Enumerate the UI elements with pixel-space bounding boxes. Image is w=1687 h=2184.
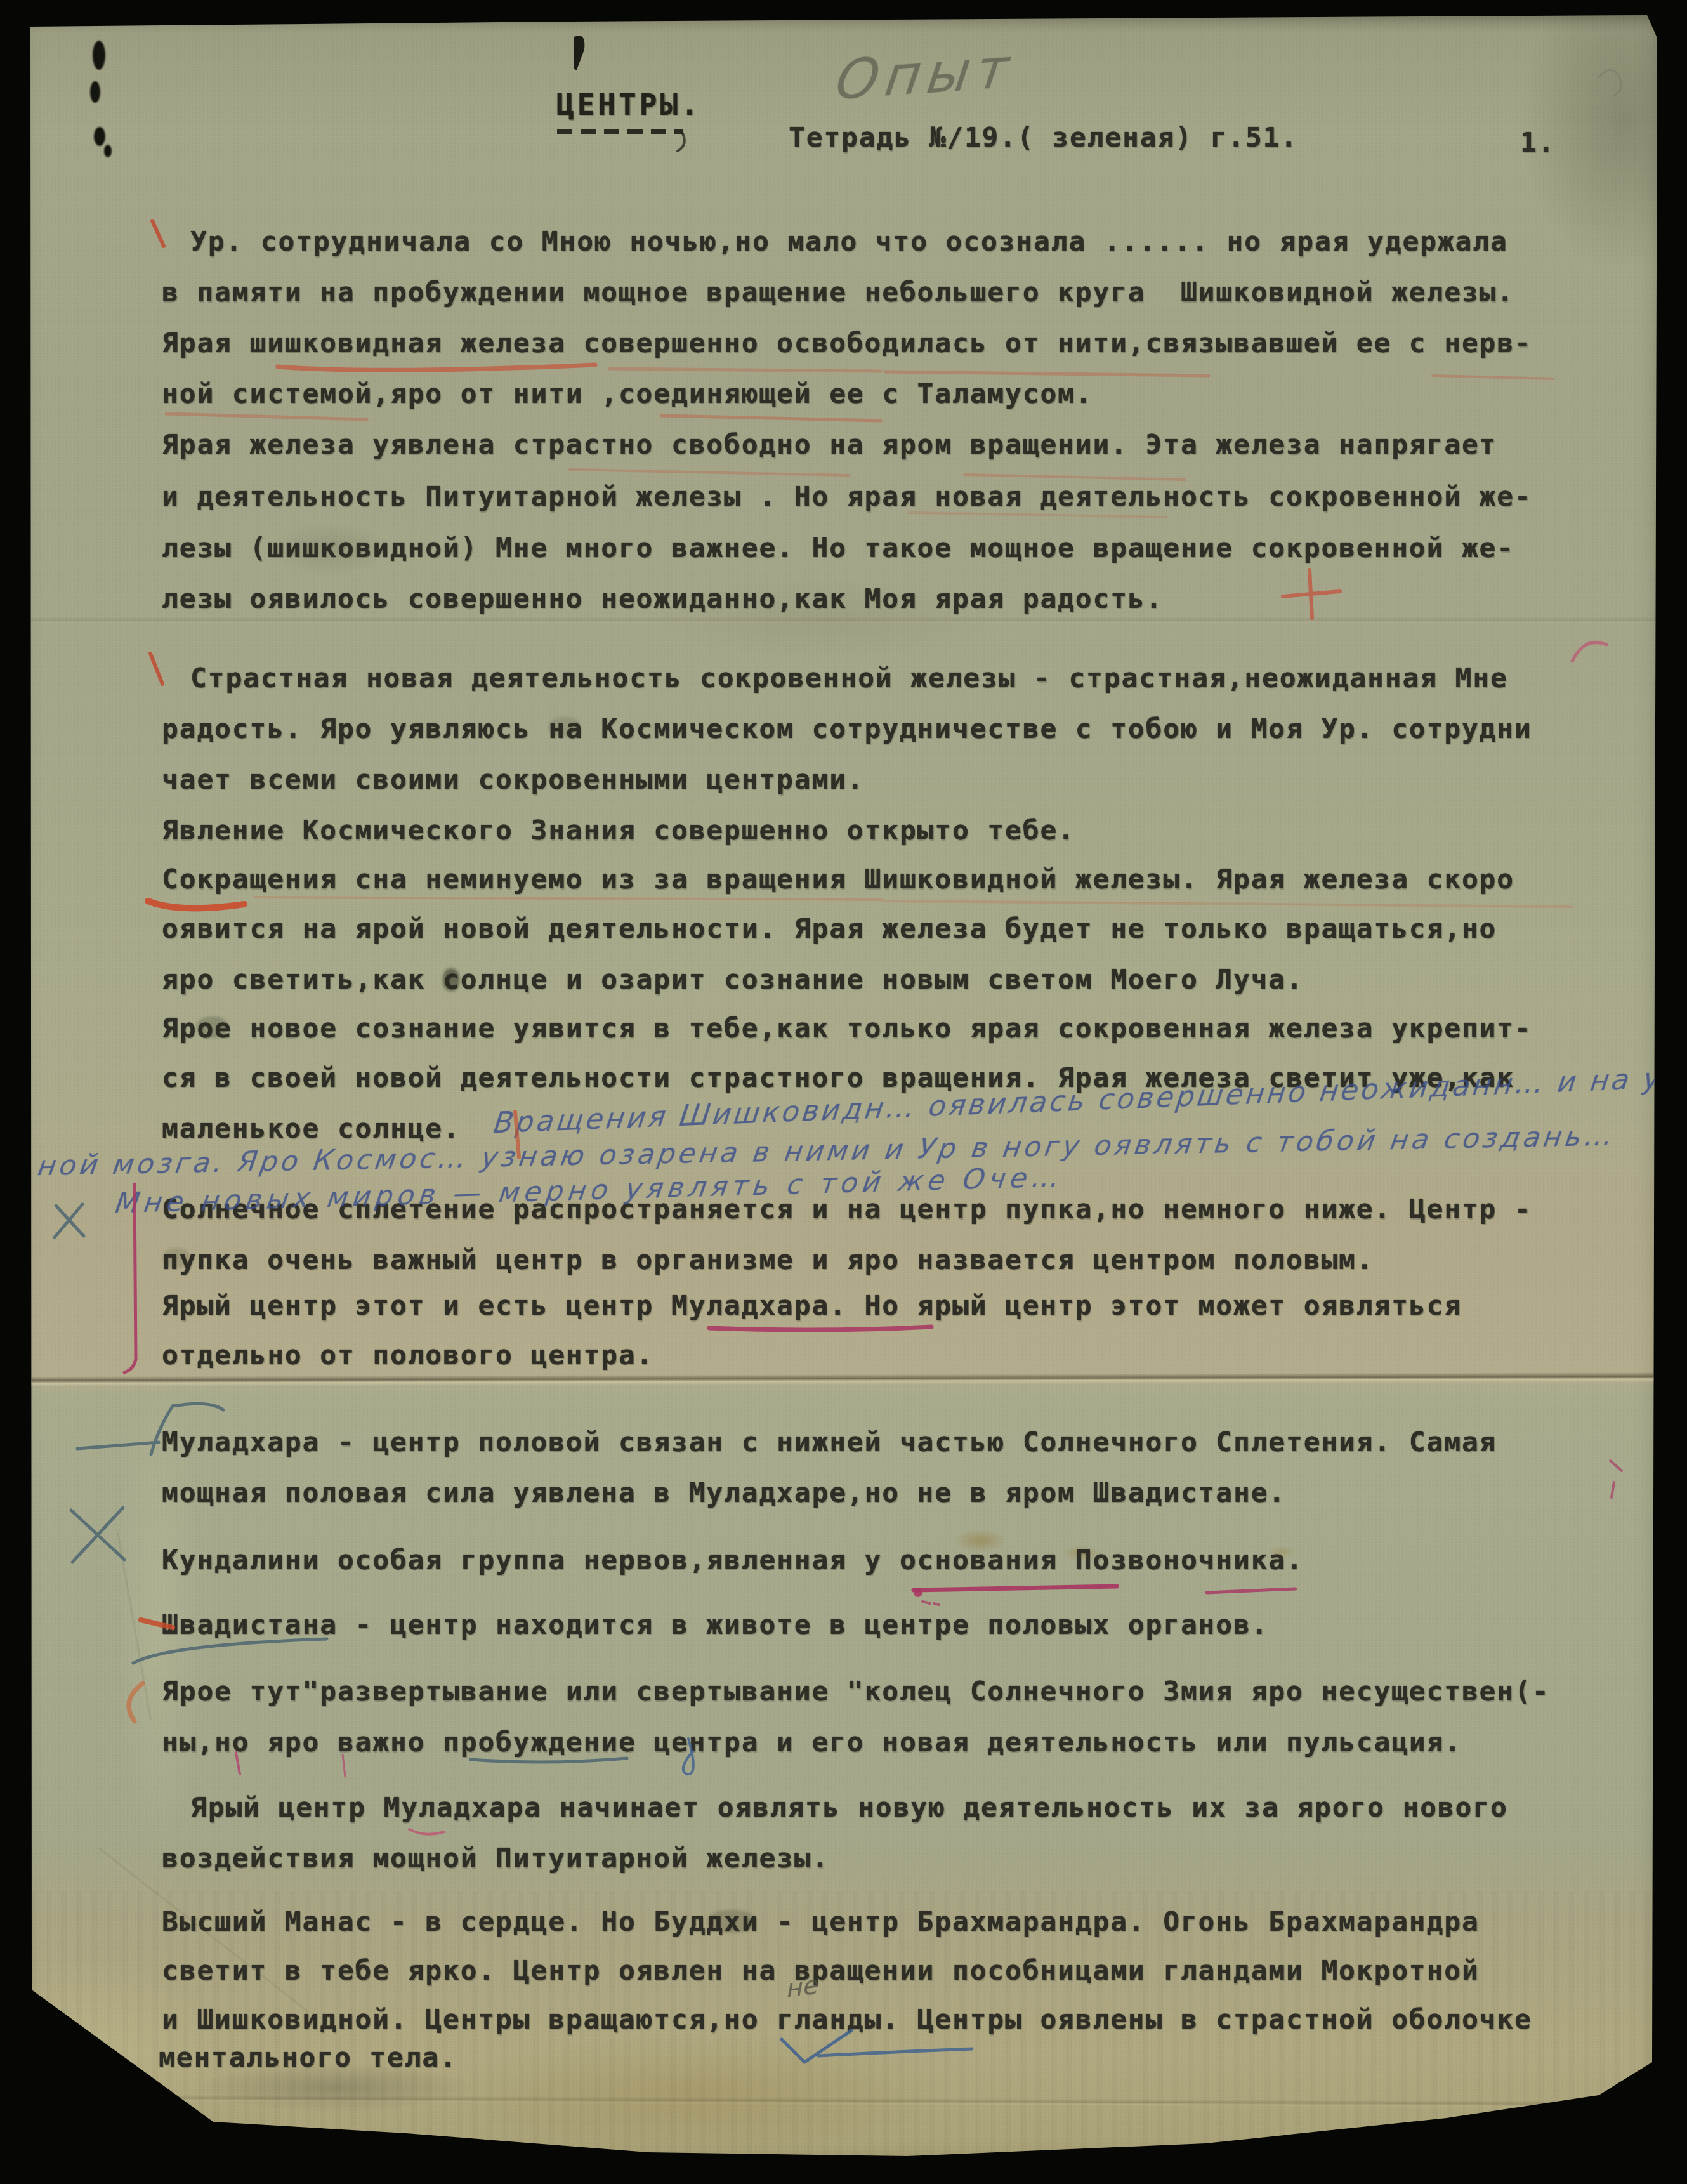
- typed-line: лезы (шишковидной) Мне много важнее. Но …: [162, 535, 1514, 562]
- ink-overstrike: [548, 717, 581, 737]
- edge-ink-mark: [93, 41, 105, 70]
- edge-ink-mark: [104, 145, 112, 157]
- typed-line: отдельно от полового центра.: [162, 1342, 653, 1369]
- pencil-correction-ne: не: [787, 1972, 818, 2002]
- typed-line: мощная половая сила уявлена в Муладхаре,…: [162, 1480, 1286, 1507]
- typed-line: Муладхара - центр половой связан с нижне…: [162, 1429, 1497, 1456]
- typed-line: светит в тебе ярко. Центр оявлен на вращ…: [162, 1957, 1480, 1985]
- typed-line: в памяти на пробуждении мощное вращение …: [162, 279, 1514, 306]
- typed-line: Сокращения сна неминуемо из за вращения …: [162, 866, 1514, 893]
- typed-line: воздействия мощной Питуитарной железы.: [162, 1845, 829, 1872]
- typed-line: оявится на ярой новой деятельности. Ярая…: [162, 916, 1497, 943]
- typed-line: и Шишковидной. Центры вращаются,но гланд…: [162, 2006, 1532, 2034]
- typed-line: Ярая железа уявлена страстно свободно на…: [162, 431, 1497, 459]
- ink-overstrike: [162, 1248, 190, 1268]
- typed-line: Страстная новая деятельность сокровенной…: [190, 665, 1508, 692]
- scanned-page: ЦЕНТРЫ. Опыт Тетрадь №/19.( зеленая) г.5…: [0, 0, 1687, 2184]
- typed-line: и деятельность Питуитарной железы . Но я…: [162, 484, 1532, 511]
- edge-ink-mark: [94, 127, 105, 146]
- typed-line: Ярое новое сознание уявится в тебе,как т…: [162, 1015, 1532, 1043]
- paper-sheet: ЦЕНТРЫ. Опыт Тетрадь №/19.( зеленая) г.5…: [0, 0, 1687, 2184]
- typed-line: ментального тела.: [159, 2044, 457, 2072]
- typed-line: Ярый центр Муладхара начинает оявлять но…: [190, 1794, 1508, 1822]
- typed-line: Ярый центр этот и есть центр Муладхара. …: [162, 1293, 1462, 1320]
- typed-line: ны,но яро важно пробуждение центра и его…: [162, 1729, 1462, 1756]
- typed-line: маленькое солнце.: [162, 1115, 461, 1143]
- typed-line: Высший Манас - в сердце. Но Буддхи - цен…: [162, 1909, 1480, 1936]
- ink-overstrike: [707, 1910, 756, 1933]
- typed-line: яро светить,как солнце и озарит сознание…: [162, 966, 1304, 994]
- ink-overstrike: [443, 968, 459, 991]
- edge-ink-mark: [90, 81, 100, 103]
- typed-line: Ярое тут"развертывание или свертывание "…: [162, 1678, 1549, 1706]
- ink-overstrike: [197, 1016, 228, 1038]
- typed-line: Ур. сотрудничала со Мною ночью,но мало ч…: [190, 228, 1508, 256]
- typed-line: ной системой,яро от нити ,соединяющей ее…: [162, 381, 1093, 408]
- typed-line: Швадистана - центр находится в животе в …: [162, 1612, 1268, 1639]
- typed-line: радость. Яро уявляюсь на Космическом сот…: [162, 716, 1532, 743]
- typed-line: чает всеми своими сокровенными центрами.: [162, 766, 865, 794]
- typed-line: пупка очень важный центр в организме и я…: [162, 1247, 1374, 1274]
- typed-line: Ярая шишковидная железа совершенно освоб…: [162, 330, 1532, 357]
- typed-line: Кундалини особая группа нервов,явленная …: [162, 1547, 1304, 1574]
- typed-line: Явление Космического Знания совершенно о…: [162, 817, 1075, 845]
- typed-line: лезы оявилось совершенно неожиданно,как …: [162, 586, 1163, 613]
